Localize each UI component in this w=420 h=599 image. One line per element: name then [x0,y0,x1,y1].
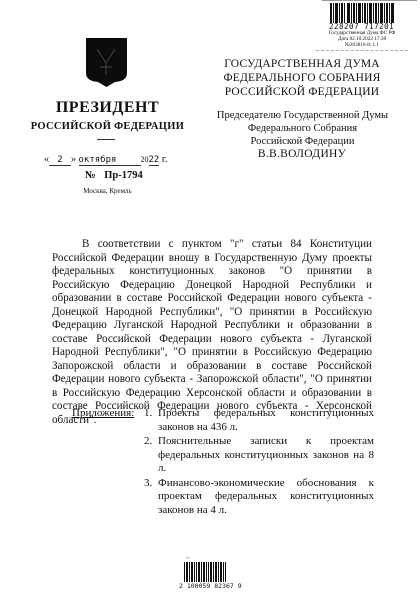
recipient-position: Председателю Государственной Думы Федера… [200,109,405,148]
recipient-org-line: РОССИЙСКОЙ ФЕДЕРАЦИИ [212,85,392,99]
attachments-list: 1. Проекты федеральных конституционных з… [144,407,374,518]
document-date: «2» октября2022 г. [44,154,167,166]
footer-barcode-number: 2 100059 82367 9 [179,582,242,590]
letter-body: В соответствии с пунктом "г" статьи 84 К… [52,238,372,427]
recipient-org-line: ФЕДЕРАЛЬНОГО СОБРАНИЯ [212,71,392,85]
barcode-icon [330,3,395,23]
coat-of-arms-icon [85,37,128,87]
date-year-prefix: 20 [141,155,149,164]
recipient-position-line: Российской Федерации [200,135,405,148]
date-day: 2 [49,155,71,166]
recipient-org-line: ГОСУДАРСТВЕННАЯ ДУМА [212,57,392,71]
stamp-underline [316,50,408,51]
recipient-org: ГОСУДАРСТВЕННАЯ ДУМА ФЕДЕРАЛЬНОГО СОБРАН… [212,57,392,99]
date-year-suffix: 22 [149,155,160,166]
attachment-item: 3. Финансово-экономические обоснования к… [144,477,374,518]
sender-title: ПРЕЗИДЕНТ [20,99,195,117]
date-quote-close: » [71,154,76,165]
attachment-number: 1. [144,407,158,434]
attachment-text: Проекты федеральных конституционных зако… [158,407,374,434]
attachment-text: Пояснительные записки к проектам федерал… [158,435,374,476]
attachments-label: Приложения: [72,407,134,419]
date-month: октября [79,155,141,166]
attachment-number: 2. [144,435,158,476]
stamp-reg-number: №203816-8; 1.1 [318,42,406,48]
recipient-name: В.В.ВОЛОДИНУ [212,148,392,160]
place-of-issue: Москва, Кремль [20,187,195,195]
divider [97,139,115,140]
document-number: № Пр-1794 [85,170,143,181]
attachment-text: Финансово-экономические обоснования к пр… [158,477,374,518]
number-label: № [85,170,96,181]
footer-barcode-icon [184,562,226,582]
recipient-position-line: Председателю Государственной Думы [200,109,405,122]
scan-edge-line [322,0,417,1]
recipient-position-line: Федерального Собрания [200,122,405,135]
date-year-mark: г. [162,154,167,165]
attachment-item: 2. Пояснительные записки к проектам феде… [144,435,374,476]
registration-stamp: Государственная Дума ФС РФ Дата 02.10.20… [318,30,406,49]
sender-subtitle: РОССИЙСКОЙ ФЕДЕРАЦИИ [20,121,195,132]
attachment-number: 3. [144,477,158,518]
attachment-item: 1. Проекты федеральных конституционных з… [144,407,374,434]
number-value: Пр-1794 [104,170,143,181]
